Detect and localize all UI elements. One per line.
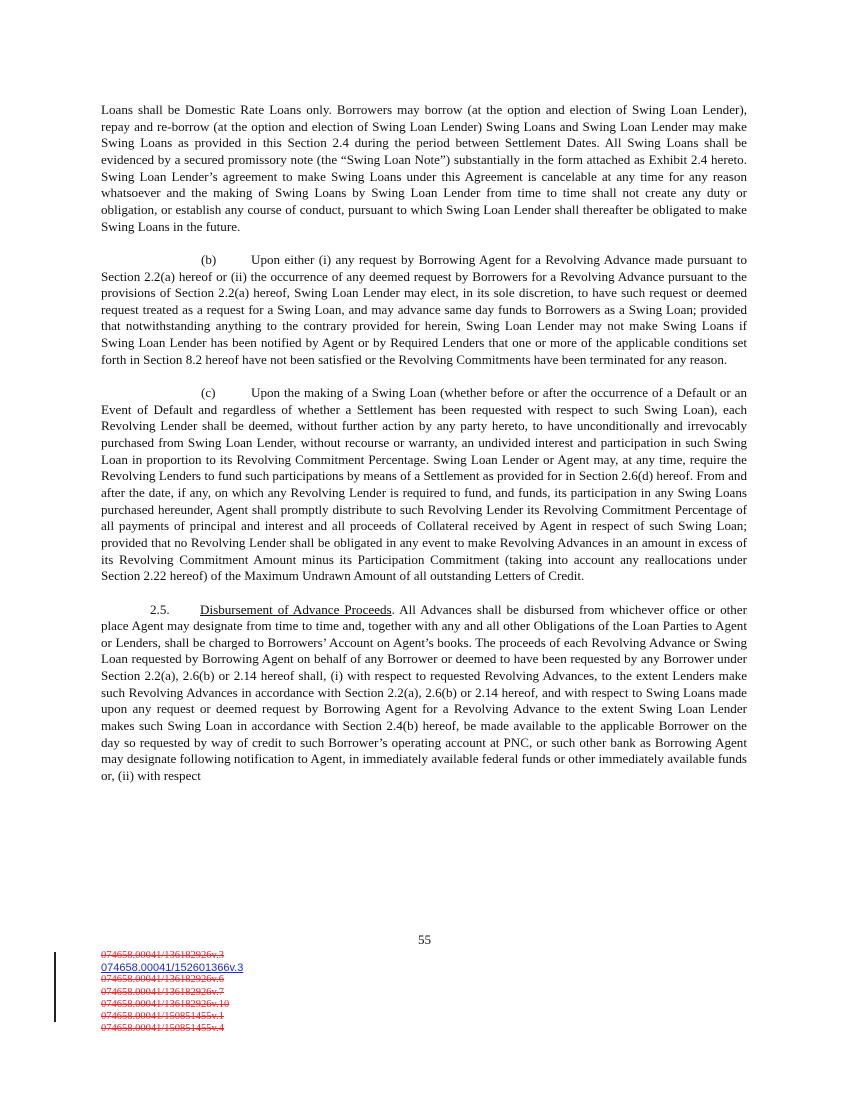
- document-body: Loans shall be Domestic Rate Loans only.…: [101, 102, 747, 801]
- document-id-list: 074658.00041/136182926v.3 074658.00041/1…: [101, 950, 243, 1035]
- section-heading: Disbursement of Advance Proceeds: [200, 602, 392, 617]
- doc-id-inserted: 074658.00041/152601366v.3: [101, 962, 243, 974]
- page-number: 55: [0, 932, 849, 948]
- paragraph-text: . All Advances shall be disbursed from w…: [101, 602, 747, 784]
- doc-id-deleted: 074658.00041/136182926v.3: [101, 950, 243, 962]
- doc-id-deleted: 074658.00041/150851455v.4: [101, 1023, 243, 1035]
- doc-id-deleted: 074658.00041/136182926v.6: [101, 974, 243, 986]
- paragraph-swing-loans: Loans shall be Domestic Rate Loans only.…: [101, 102, 747, 235]
- paragraph-subsection-c: (c)Upon the making of a Swing Loan (whet…: [101, 385, 747, 585]
- doc-id-deleted: 074658.00041/136182926v.7: [101, 987, 243, 999]
- doc-id-deleted: 074658.00041/150851455v.1: [101, 1011, 243, 1023]
- section-number: 2.5.: [150, 602, 200, 619]
- paragraph-subsection-b: (b)Upon either (i) any request by Borrow…: [101, 252, 747, 369]
- paragraph-text: Upon the making of a Swing Loan (whether…: [101, 385, 747, 583]
- paragraph-text: Loans shall be Domestic Rate Loans only.…: [101, 102, 747, 234]
- doc-id-deleted: 074658.00041/136182926v.10: [101, 999, 243, 1011]
- paragraph-text: Upon either (i) any request by Borrowing…: [101, 252, 747, 367]
- revision-change-bar: [54, 952, 56, 1022]
- paragraph-section-2-5: 2.5.Disbursement of Advance Proceeds. Al…: [101, 602, 747, 785]
- subsection-label: (b): [201, 252, 251, 269]
- subsection-label: (c): [201, 385, 251, 402]
- document-page: Loans shall be Domestic Rate Loans only.…: [0, 0, 849, 1100]
